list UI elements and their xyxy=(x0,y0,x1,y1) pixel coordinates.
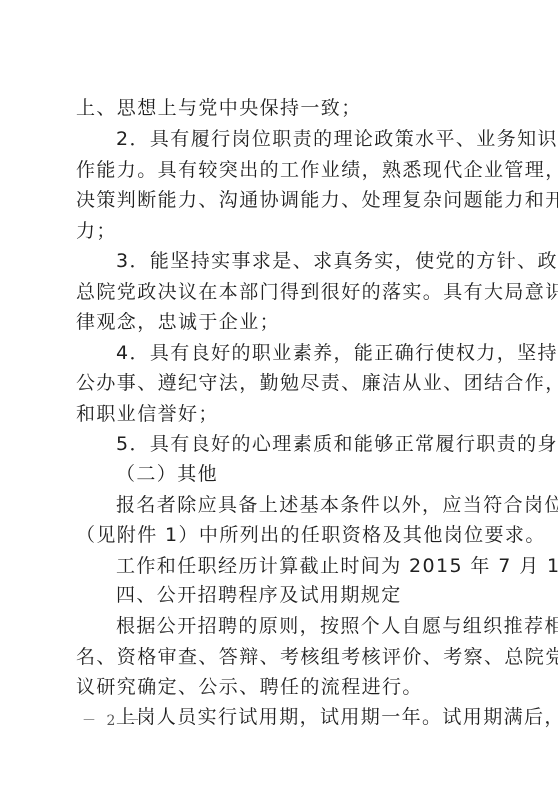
text-line: 和职业信誉好； xyxy=(76,402,490,426)
text-line: 决策判断能力、沟通协调能力、处理复杂问题能力和开拓创新能 xyxy=(76,188,490,212)
text-line: 根据公开招聘的原则，按照个人自愿与组织推荐相结合报 xyxy=(116,614,490,638)
document-page: 上、思想上与党中央保持一致； 2．具有履行岗位职责的理论政策水平、业务知识和实际… xyxy=(0,0,558,786)
text-line: 上、思想上与党中央保持一致； xyxy=(76,96,490,120)
text-line: 力； xyxy=(76,219,490,243)
text-line: 议研究确定、公示、聘任的流程进行。 xyxy=(76,675,490,699)
text-line: 作能力。具有较突出的工作业绩，熟悉现代企业管理，有较强的 xyxy=(76,158,490,182)
page-number: － 2 － xyxy=(82,710,143,730)
text-line: 4．具有良好的职业素养，能正确行使权力，坚持原则、秉 xyxy=(116,341,490,365)
section-heading: （二）其他 xyxy=(116,462,490,486)
text-line: 上岗人员实行试用期，试用期一年。试用期满后，对上岗人 xyxy=(116,705,490,729)
text-line: 工作和任职经历计算截止时间为 2015 年 7 月 1 日。 xyxy=(116,554,490,578)
text-line: 5．具有良好的心理素质和能够正常履行职责的身体素 xyxy=(116,432,490,456)
text-line: 名、资格审查、答辩、考核组考核评价、考察、总院党政联席会 xyxy=(76,645,490,669)
text-line: （见附件 1）中所列出的任职资格及其他岗位要求。 xyxy=(76,523,490,547)
text-line: 律观念，忠诚于企业； xyxy=(76,310,490,334)
section-heading: 四、公开招聘程序及试用期规定 xyxy=(116,583,490,607)
text-line: 总院党政决议在本部门得到很好的落实。具有大局意识和组织纪 xyxy=(76,280,490,304)
text-line: 报名者除应具备上述基本条件以外，应当符合岗位说明书 xyxy=(116,493,490,517)
text-line: 2．具有履行岗位职责的理论政策水平、业务知识和实际工 xyxy=(116,127,490,151)
text-line: 3．能坚持实事求是、求真务实，使党的方针、政策和机械 xyxy=(116,249,490,273)
text-line: 公办事、遵纪守法，勤勉尽责、廉洁从业、团结合作，作风形象 xyxy=(76,371,490,395)
